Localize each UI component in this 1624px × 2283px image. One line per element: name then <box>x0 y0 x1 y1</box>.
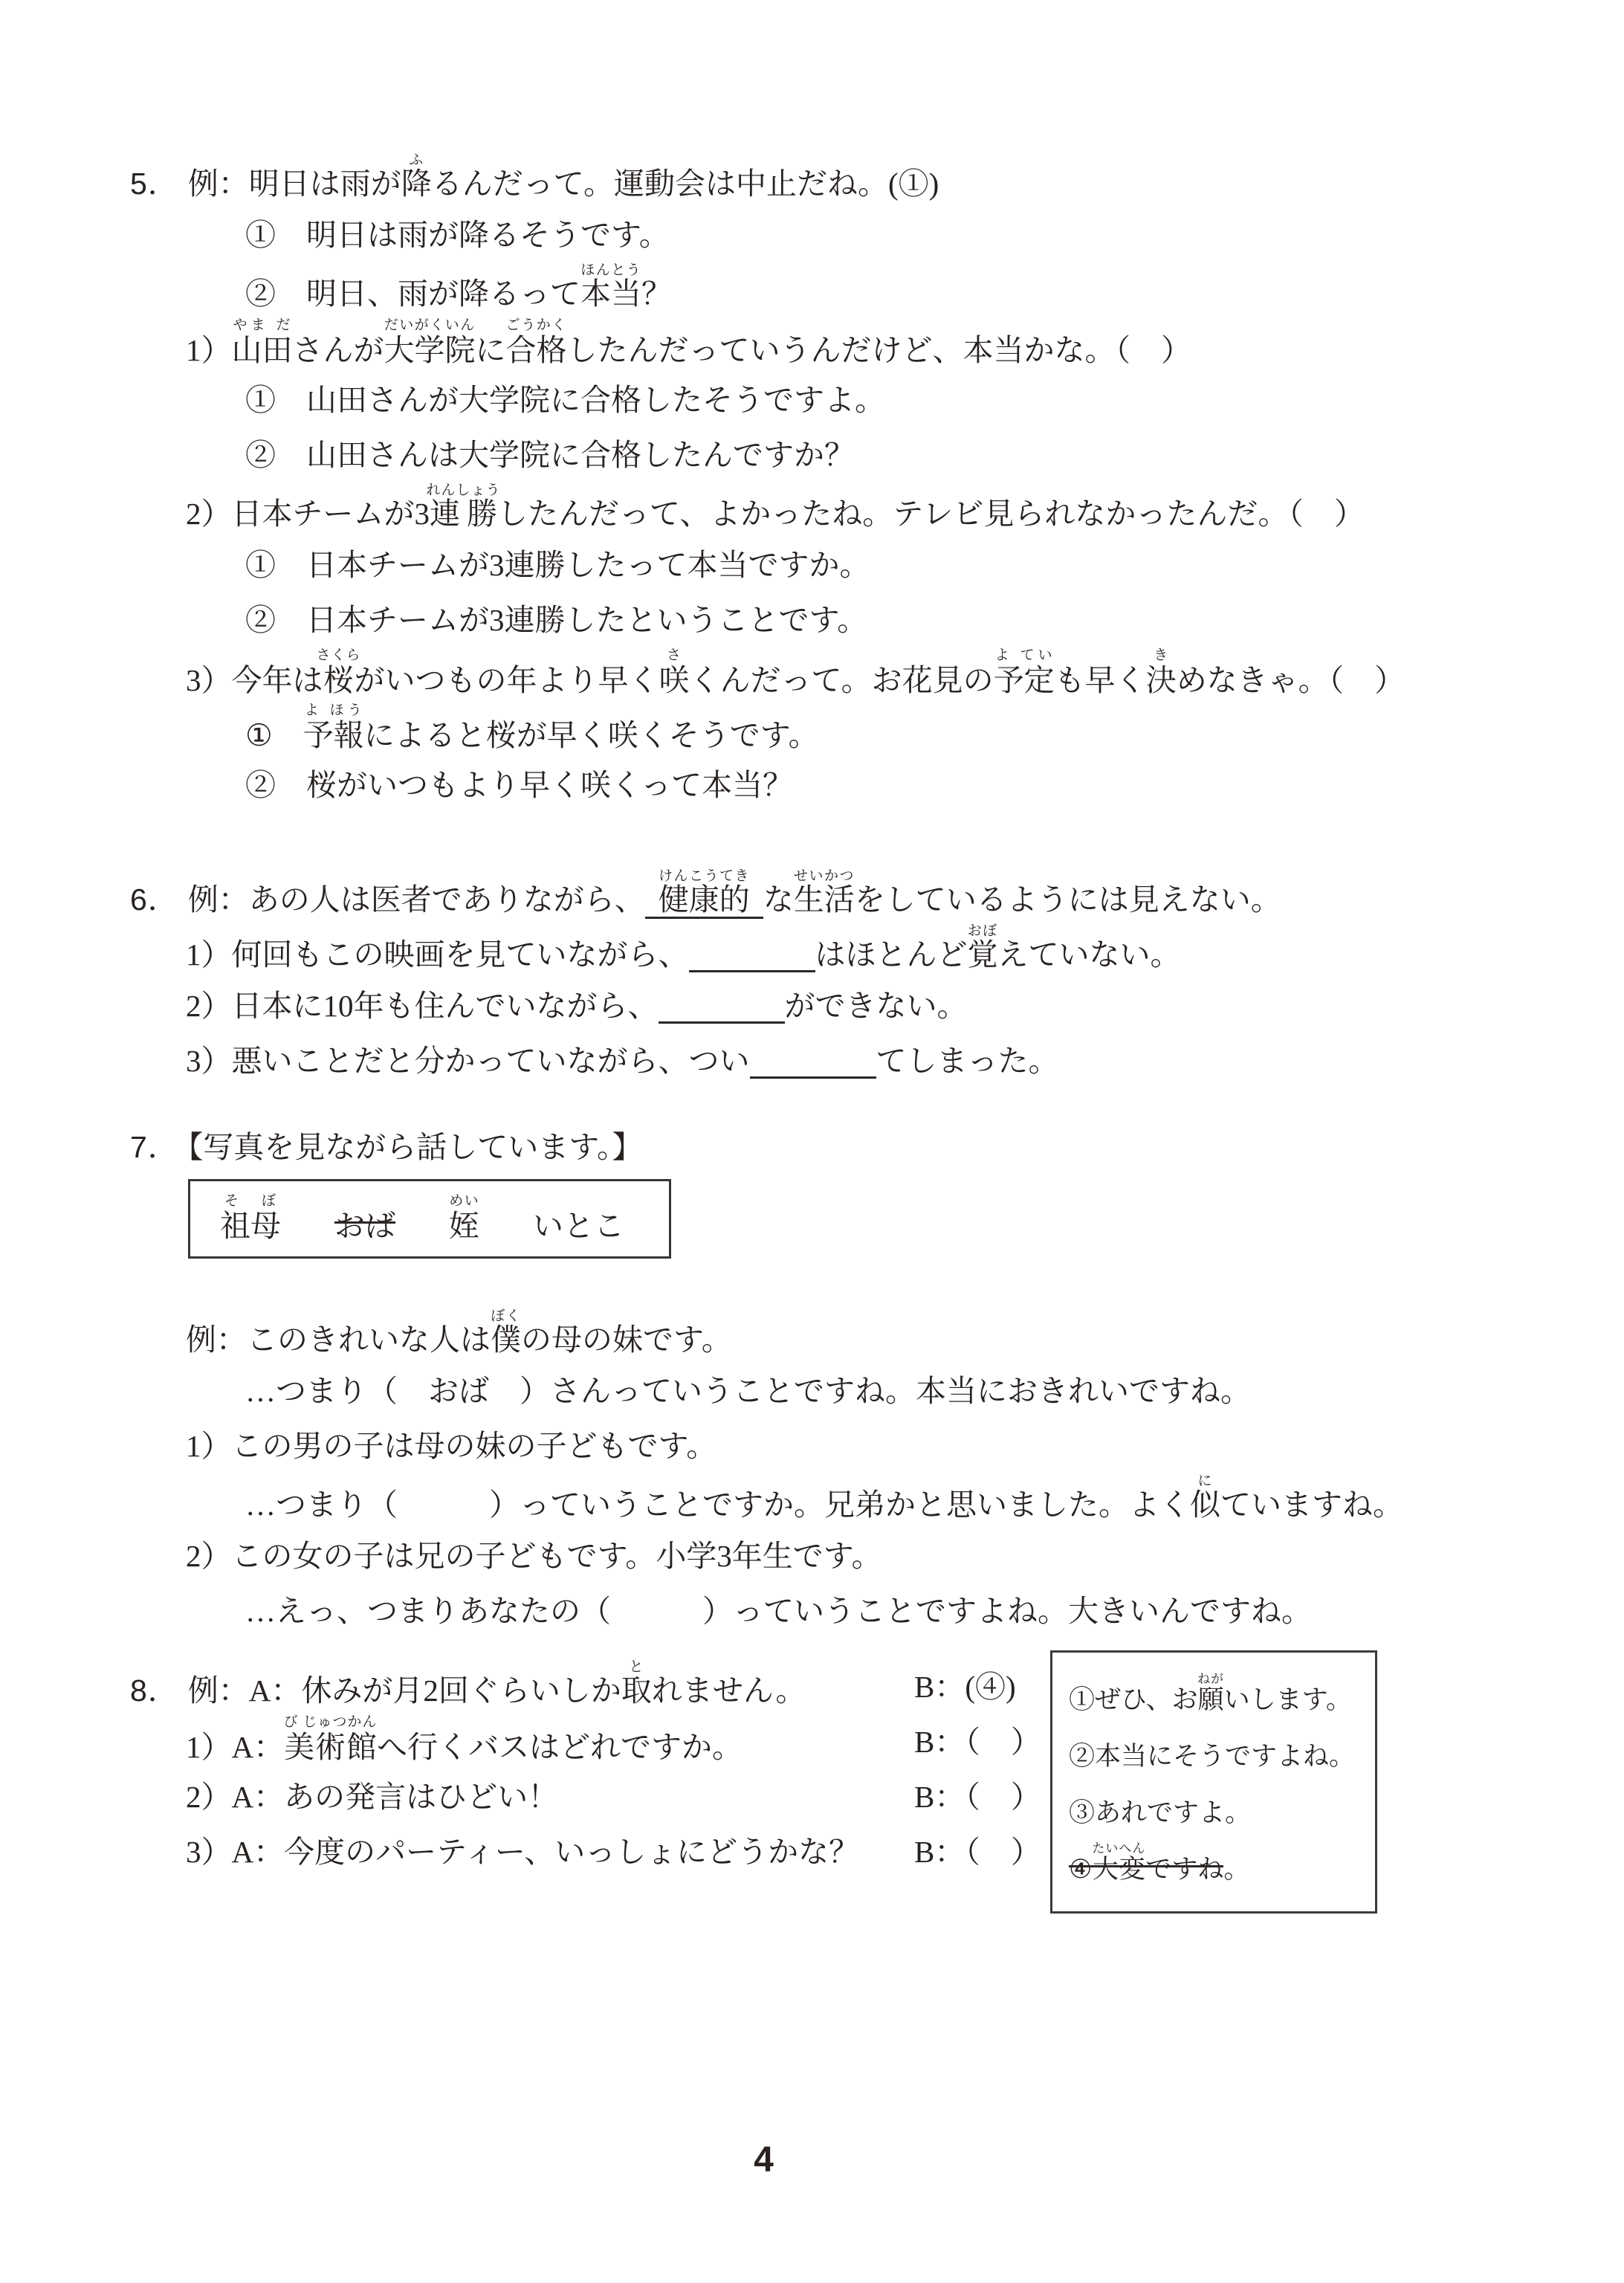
text-segment: ① 山田さんが大学院に合格したそうですよ。 <box>245 383 885 417</box>
text-segment: ① 明日は雨が降るそうです。 <box>245 218 670 252</box>
section-question-5: 5．例：明日は雨が降ふるんだって。運動会は中止だね。(①)① 明日は雨が降るそう… <box>130 152 1624 813</box>
text-segment: れません。 <box>652 1673 806 1708</box>
text-line: 3）悪いことだと分かっていながら、ついてしまった。 <box>186 1033 1624 1088</box>
text-segment: も早く <box>1055 663 1146 697</box>
text-segment: によると桜が早く咲くそうです。 <box>364 718 819 752</box>
text-segment: ② 明日、雨が降るって <box>245 277 580 311</box>
text-segment: くんだって。お花見の <box>690 663 994 697</box>
page-number: 4 <box>0 2140 1527 2180</box>
ruby-annotated-text: 山田やま だ <box>232 333 293 367</box>
text-segment: …つまり（ ）っていうことですか。兄弟かと思いました。よく <box>245 1488 1190 1522</box>
text-line: ② 桜がいつもより早く咲くって本当？ <box>245 758 1624 813</box>
text-segment: いします。 <box>1224 1685 1352 1714</box>
answer-options-box: ①ぜひ、お願ねがいします。②本当にそうですよね。③あれですよ。④大変たいへんです… <box>1050 1650 1377 1914</box>
text-line: ① 明日は雨が降るそうです。 <box>245 207 1624 262</box>
text-line: 1）この男の子は母の妹の子どもです。 <box>186 1418 1624 1473</box>
text-line: 5．例：明日は雨が降ふるんだって。運動会は中止だね。(①) <box>130 152 1624 207</box>
speaker-b-answer-slot: B：（ ） <box>914 1714 1041 1769</box>
text-segment: ② 桜がいつもより早く咲くって本当？ <box>245 768 793 802</box>
ruby-annotated-text: 大変たいへん <box>1092 1855 1145 1884</box>
text-segment: …つまり（ おば ）さんっていうことですね。本当におきれいですね。 <box>245 1374 1251 1408</box>
text-segment: B：（ ） <box>914 1780 1041 1814</box>
ruby-annotated-text: 美術館び じゅつかん <box>284 1730 377 1764</box>
text-line: 2）この女の子は兄の子どもです。小学3年生です。 <box>186 1528 1624 1583</box>
text-segment: 1） <box>186 333 232 367</box>
ruby-annotated-text: 降ふ <box>401 167 432 201</box>
text-segment: 3）今年は <box>186 663 323 697</box>
section-number: 7． <box>130 1130 179 1164</box>
ruby-annotated-text: 決き <box>1146 663 1177 697</box>
ruby-annotated-text: 予定よ てい <box>994 663 1055 697</box>
ruby-annotated-text: 似に <box>1190 1488 1220 1522</box>
text-segment: 2）日本チームが3 <box>186 497 430 531</box>
answer-option: ②本当にそうですよね。 <box>1069 1728 1360 1785</box>
speaker-b-answer-slot: B：(④) <box>914 1659 1016 1714</box>
section-number: 5． <box>130 167 179 201</box>
ruby-annotated-text: 願ねが <box>1198 1685 1224 1714</box>
text-segment: …えっ、つまりあなたの（ ）っていうことですよね。大きいんですね。 <box>245 1594 1312 1628</box>
text-line: 2）日本に10年も住んでいながら、ができない。 <box>186 978 1624 1033</box>
text-segment: ていますね。 <box>1220 1488 1403 1522</box>
text-segment: へ行くバスはどれですか。 <box>377 1730 743 1764</box>
ruby-annotated-text: 生活せいかつ <box>794 882 855 917</box>
ruby-annotated-text: 健康的けんこうてき <box>645 882 763 919</box>
section-question-6: 6．例：あの人は医者でありながら、健康的けんこうてきな生活せいかつをしているよう… <box>130 868 1624 1088</box>
ruby-annotated-text: 覚おぼ <box>968 937 998 972</box>
text-segment: 例：明日は雨が <box>188 167 401 201</box>
text-segment: ② 山田さんは大学院に合格したんですか？ <box>245 438 855 472</box>
text-segment: ②本当にそうですよね。 <box>1069 1742 1355 1771</box>
text-line: …えっ、つまりあなたの（ ）っていうことですよね。大きいんですね。 <box>245 1583 1624 1638</box>
fill-in-blank <box>689 963 815 972</box>
text-line: 2）日本チームが3連勝れんしょうしたんだって、よかったね。テレビ見られなかったん… <box>186 482 1624 537</box>
text-segment: な <box>763 882 794 917</box>
text-segment: をしているようには見えない。 <box>855 882 1281 917</box>
section-question-8: ①ぜひ、お願ねがいします。②本当にそうですよね。③あれですよ。④大変たいへんです… <box>130 1659 1624 1879</box>
text-segment: ① <box>245 718 303 752</box>
text-segment: B：(④) <box>914 1670 1016 1704</box>
text-line: 7．【写真を見ながら話しています。】 <box>130 1120 1624 1175</box>
text-segment: ④ <box>1069 1855 1092 1884</box>
speaker-a-text: 3）A：今度のパーティー、いっしょにどうかな？ <box>186 1824 914 1879</box>
text-line: 1）何回もこの映画を見ていながら、はほとんど覚おぼえていない。 <box>186 923 1624 978</box>
text-segment: てしまった。 <box>876 1044 1059 1078</box>
text-segment: るんだって。運動会は中止だね。(①) <box>432 167 939 201</box>
text-line: ② 日本チームが3連勝したということです。 <box>245 592 1624 648</box>
fill-in-blank <box>659 1014 785 1024</box>
text-line: ② 明日、雨が降るって本当ほんとう？ <box>245 262 1624 317</box>
section-number: 6． <box>130 882 179 917</box>
text-line: 例：このきれいな人は僕ぼくの母の妹です。 <box>186 1308 1624 1363</box>
speaker-a-text: 1）A：美術館び じゅつかんへ行くバスはどれですか。 <box>186 1714 914 1769</box>
word-bank-box: 祖母そ ぼおば姪めいいとこ <box>188 1179 671 1259</box>
ruby-annotated-text: 予報よ ほう <box>303 718 364 752</box>
text-segment: の母の妹です。 <box>521 1323 732 1357</box>
text-segment: いとこ <box>533 1209 624 1243</box>
speaker-b-answer-slot: B：（ ） <box>914 1769 1041 1824</box>
text-line: 3）今年は桜さくらがいつもの年より早く咲さくんだって。お花見の予定よ ていも早く… <box>186 648 1624 703</box>
text-line: ① 予報よ ほうによると桜が早く咲くそうです。 <box>245 703 1624 758</box>
text-segment: 2）A：あの発言はひどい！ <box>186 1780 558 1814</box>
text-segment: はほとんど <box>815 937 968 972</box>
text-segment: ① 日本チームが3連勝したって本当ですか。 <box>245 548 870 582</box>
text-segment: ①ぜひ、お <box>1069 1685 1198 1714</box>
text-segment: 例：A：休みが月2回ぐらいしか <box>188 1673 621 1708</box>
text-segment: がいつもの年より早く <box>355 663 659 697</box>
text-segment: 1）A： <box>186 1730 284 1764</box>
ruby-annotated-text: 姪めい <box>449 1209 479 1243</box>
section-question-7: 7．【写真を見ながら話しています。】祖母そ ぼおば姪めいいとこ例：このきれいな人… <box>130 1120 1624 1638</box>
worksheet-page: 5．例：明日は雨が降ふるんだって。運動会は中止だね。(①)① 明日は雨が降るそう… <box>0 0 1624 2283</box>
answer-option: ④大変たいへんですね。 <box>1069 1841 1360 1898</box>
text-line: ② 山田さんは大学院に合格したんですか？ <box>245 427 1624 482</box>
text-segment: 1）この男の子は母の妹の子どもです。 <box>186 1429 716 1463</box>
fill-in-blank <box>750 1069 876 1079</box>
ruby-annotated-text: 桜さくら <box>323 663 355 697</box>
speaker-a-text: 8．例：A：休みが月2回ぐらいしか取とれません。 <box>130 1659 914 1714</box>
word-bank-row: 祖母そ ぼおば姪めいいとこ <box>188 1175 1624 1308</box>
answer-option: ③あれですよ。 <box>1069 1785 1360 1841</box>
dialogue-row: 2）A：あの発言はひどい！B：（ ） <box>186 1769 1624 1824</box>
text-segment: 例：このきれいな人は <box>186 1323 491 1357</box>
text-segment: に <box>476 333 506 367</box>
speaker-b-answer-slot: B：（ ） <box>914 1824 1041 1879</box>
text-segment: ？ <box>641 277 672 311</box>
text-segment: 。 <box>1223 1855 1249 1884</box>
word-bank-word: 姪めい <box>449 1209 479 1243</box>
text-segment: したんだって、よかったね。テレビ見られなかったんだ。（ ） <box>497 497 1365 531</box>
ruby-annotated-text: 祖母そ ぼ <box>220 1209 281 1243</box>
text-segment: 2）この女の子は兄の子どもです。小学3年生です。 <box>186 1539 881 1573</box>
text-segment: ③あれですよ。 <box>1069 1798 1251 1827</box>
text-segment: B：（ ） <box>914 1835 1041 1869</box>
text-line: ① 日本チームが3連勝したって本当ですか。 <box>245 537 1624 592</box>
ruby-annotated-text: 大学院だいがくいん <box>384 333 476 367</box>
ruby-annotated-text: 連勝れんしょう <box>430 497 497 531</box>
text-segment: したんだっていうんだけど、本当かな。（ ） <box>567 333 1192 367</box>
text-segment: さんが <box>293 333 384 367</box>
text-segment: おば <box>334 1209 395 1243</box>
text-segment: 1）何回もこの映画を見ていながら、 <box>186 937 689 972</box>
word-bank-word: おば <box>334 1209 395 1243</box>
dialogue-row: 1）A：美術館び じゅつかんへ行くバスはどれですか。B：（ ） <box>186 1714 1624 1769</box>
text-segment: 【写真を見ながら話しています。】 <box>188 1130 643 1164</box>
text-segment: 例：あの人は医者でありながら、 <box>188 882 645 917</box>
text-line: ① 山田さんが大学院に合格したそうですよ。 <box>245 372 1624 427</box>
text-segment: ができない。 <box>785 989 968 1023</box>
text-segment: えていない。 <box>998 937 1181 972</box>
section-number: 8． <box>130 1673 179 1708</box>
text-segment: 3）悪いことだと分かっていながら、つい <box>186 1044 750 1078</box>
speaker-a-text: 2）A：あの発言はひどい！ <box>186 1769 914 1824</box>
ruby-annotated-text: 本当ほんとう <box>580 277 641 311</box>
text-segment: めなきゃ。（ ） <box>1177 663 1405 697</box>
ruby-annotated-text: 僕ぼく <box>491 1323 521 1357</box>
text-segment: ですね <box>1145 1855 1223 1884</box>
word-bank-word: いとこ <box>533 1209 624 1243</box>
text-segment: 2）日本に10年も住んでいながら、 <box>186 989 659 1023</box>
answer-option: ①ぜひ、お願ねがいします。 <box>1069 1672 1360 1728</box>
text-segment: 3）A：今度のパーティー、いっしょにどうかな？ <box>186 1835 859 1869</box>
text-line: 1）山田やま ださんが大学院だいがくいんに合格ごうかくしたんだっていうんだけど、… <box>186 317 1624 372</box>
word-bank-word: 祖母そ ぼ <box>220 1209 281 1243</box>
dialogue-row: 8．例：A：休みが月2回ぐらいしか取とれません。B：(④) <box>130 1659 1624 1714</box>
text-line: …つまり（ ）っていうことですか。兄弟かと思いました。よく似にていますね。 <box>245 1473 1624 1528</box>
ruby-annotated-text: 合格ごうかく <box>506 333 567 367</box>
dialogue-row: 3）A：今度のパーティー、いっしょにどうかな？B：（ ） <box>186 1824 1624 1879</box>
text-segment: B：（ ） <box>914 1725 1041 1759</box>
ruby-annotated-text: 取と <box>621 1673 652 1708</box>
ruby-annotated-text: 咲さ <box>659 663 690 697</box>
text-segment: ② 日本チームが3連勝したということです。 <box>245 603 867 637</box>
text-line: …つまり（ おば ）さんっていうことですね。本当におきれいですね。 <box>245 1363 1624 1418</box>
text-line: 6．例：あの人は医者でありながら、健康的けんこうてきな生活せいかつをしているよう… <box>130 868 1624 923</box>
